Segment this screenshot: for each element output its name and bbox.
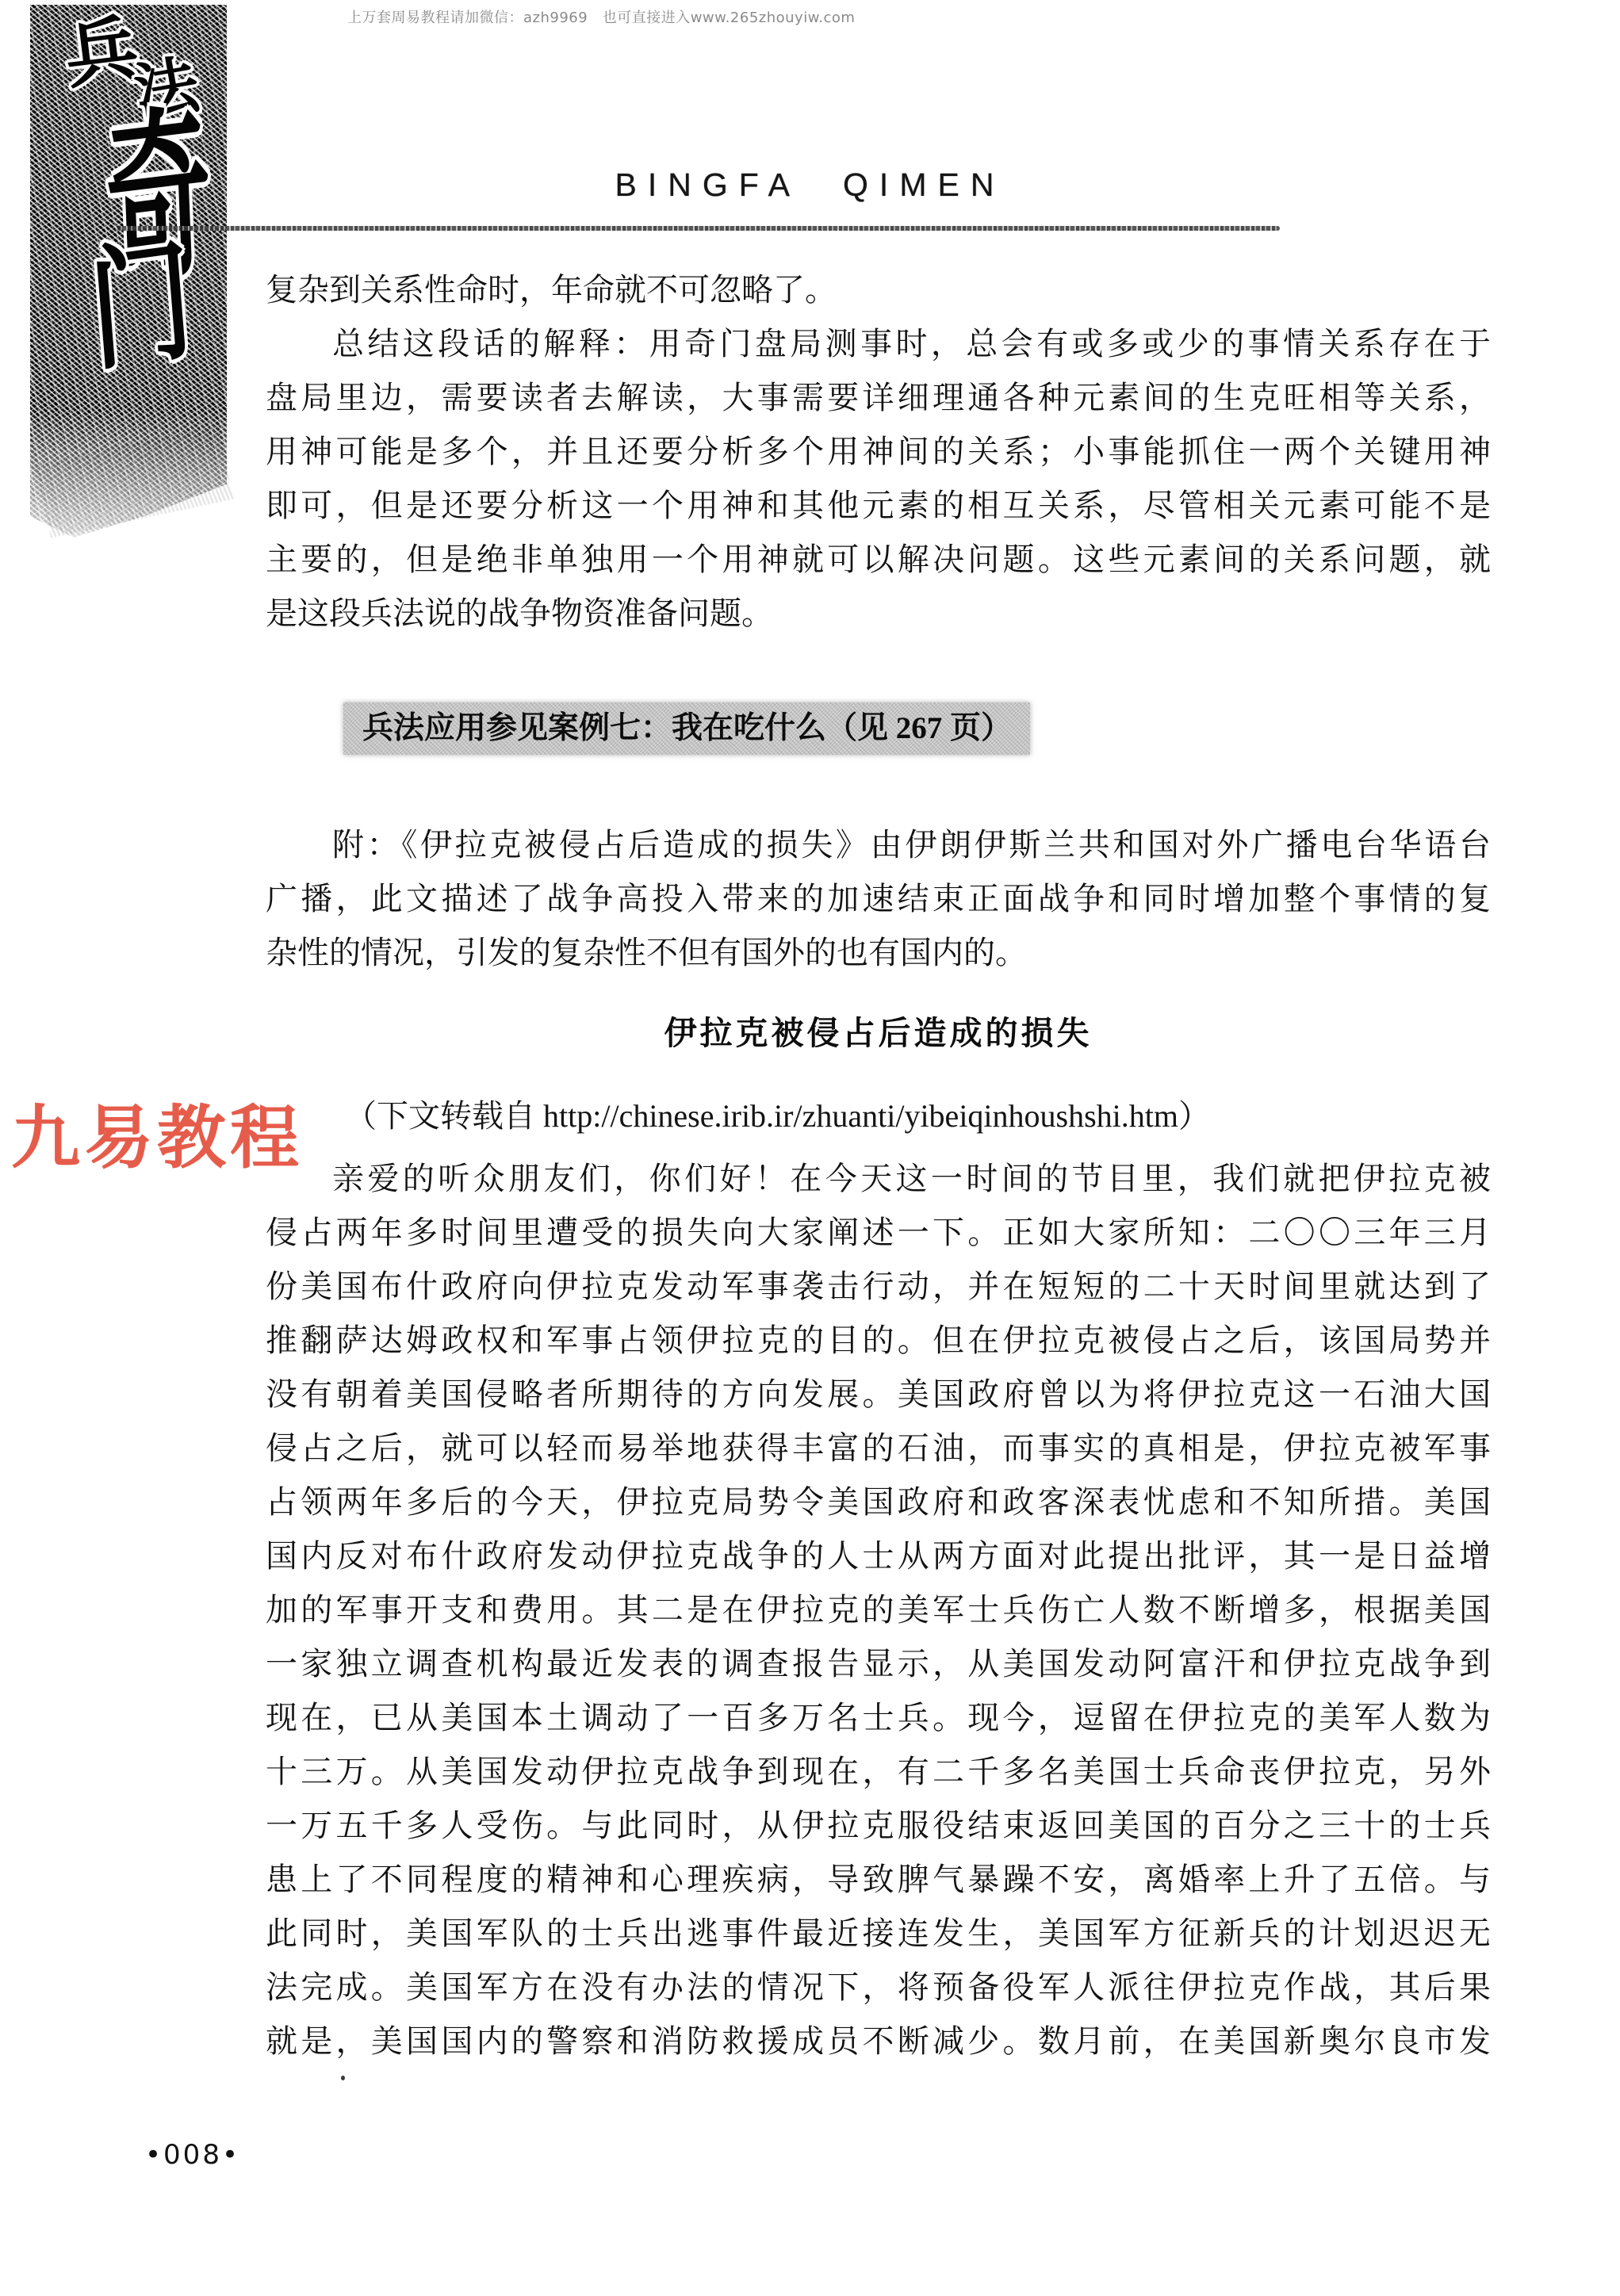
text-line: 此同时，美国军队的士兵出逃事件最近接连发生，美国军方征新兵的计划迟迟无 [266, 1907, 1491, 1961]
text-line: 现在，已从美国本土调动了一百多万名士兵。现今，逗留在伊拉克的美军人数为 [266, 1691, 1491, 1745]
header-divider-rule [117, 226, 1280, 231]
text-line: 份美国布什政府向伊拉克发动军事袭击行动，并在短短的二十天时间里就达到了 [266, 1260, 1491, 1314]
text-line: 推翻萨达姆政权和军事占领伊拉克的目的。但在伊拉克被侵占之后，该国局势并 [266, 1314, 1491, 1368]
text-line: 国内反对布什政府发动伊拉克战争的人士从两方面对此提出批评，其一是日益增 [266, 1529, 1491, 1583]
banner-char-bing: 兵 [61, 12, 143, 94]
text-line: 广播，此文描述了战争高投入带来的加速结束正面战争和同时增加整个事情的复 [266, 872, 1491, 926]
case-reference-text: 兵法应用参见案例七：我在吃什么（见 267 页） [362, 702, 1022, 755]
text-line: 就是，美国国内的警察和消防救援成员不断减少。数月前，在美国新奥尔良市发 [266, 2015, 1491, 2068]
case-reference-box: 兵法应用参见案例七：我在吃什么（见 267 页） [343, 702, 1030, 755]
page-number: •008• [145, 2139, 240, 2171]
scanned-book-page: 上万套周易教程请加微信：azh9969 也可直接进入www.265zhouyiw… [0, 0, 1620, 2296]
text-line: 占领两年多后的今天，伊拉克局势令美国政府和政客深表忧虑和不知所措。美国 [266, 1475, 1491, 1529]
source-url-line: （下文转载自 http://chinese.irib.ir/zhuanti/yi… [345, 1091, 1210, 1136]
article-title: 伊拉克被侵占后造成的损失 [266, 1007, 1491, 1054]
text-line: 侵占之后，就可以轻而易举地获得丰富的石油，而事实的真相是，伊拉克被军事 [266, 1422, 1491, 1475]
red-watermark: 九易教程 [11, 1100, 303, 1177]
text-line: 一万五千多人受伤。与此同时，从伊拉克服役结束返回美国的百分之三十的士兵 [266, 1799, 1491, 1853]
text-line: 十三万。从美国发动伊拉克战争到现在，有二千多名美国士兵命丧伊拉克，另外 [266, 1745, 1491, 1799]
text-line: 用神可能是多个，并且还要分析多个用神间的关系；小事能抓住一两个关键用神 [266, 425, 1491, 479]
text-line: 即可，但是还要分析这一个用神和其他元素的相互关系，尽管相关元素可能不是 [266, 479, 1491, 533]
top-watermark-text: 上万套周易教程请加微信：azh9969 也可直接进入www.265zhouyiw… [347, 6, 855, 27]
text-line: 一家独立调查机构最近发表的调查报告显示，从美国发动阿富汗和伊拉克战争到 [266, 1637, 1491, 1691]
text-line: 亲爱的听众朋友们，你们好！在今天这一时间的节目里，我们就把伊拉克被 [266, 1152, 1491, 1206]
ink-speck [341, 2076, 345, 2080]
text-line: 主要的，但是绝非单独用一个用神就可以解决问题。这些元素间的关系问题，就 [266, 533, 1491, 587]
text-line: 侵占两年多时间里遭受的损失向大家阐述一下。正如大家所知：二〇〇三年三月 [266, 1206, 1491, 1260]
text-line: 总结这段话的解释：用奇门盘局测事时，总会有或多或少的事情关系存在于 [266, 317, 1491, 371]
text-line: 复杂到关系性命时，年命就不可忽略了。 [266, 263, 1491, 317]
text-line: 杂性的情况，引发的复杂性不但有国外的也有国内的。 [266, 926, 1491, 980]
text-line: 加的军事开支和费用。其二是在伊拉克的美军士兵伤亡人数不断增多，根据美国 [266, 1583, 1491, 1637]
banner-char-men: 门 [86, 234, 197, 379]
text-line: 患上了不同程度的精神和心理疾病，导致脾气暴躁不安，离婚率上升了五倍。与 [266, 1853, 1491, 1907]
text-line: 附：《伊拉克被侵占后造成的损失》由伊朗伊斯兰共和国对外广播电台华语台 [266, 818, 1491, 872]
text-line: 没有朝着美国侵略者所期待的方向发展。美国政府曾以为将伊拉克这一石油大国 [266, 1368, 1491, 1422]
text-line: 法完成。美国军方在没有办法的情况下，将预备役军人派往伊拉克作战，其后果 [266, 1961, 1491, 2015]
text-line: 盘局里边，需要读者去解读，大事需要详细理通各种元素间的生克旺相等关系， [266, 371, 1491, 425]
text-line: 是这段兵法说的战争物资准备问题。 [266, 587, 1491, 641]
running-header-title: BINGFA QIMEN [0, 166, 1620, 204]
